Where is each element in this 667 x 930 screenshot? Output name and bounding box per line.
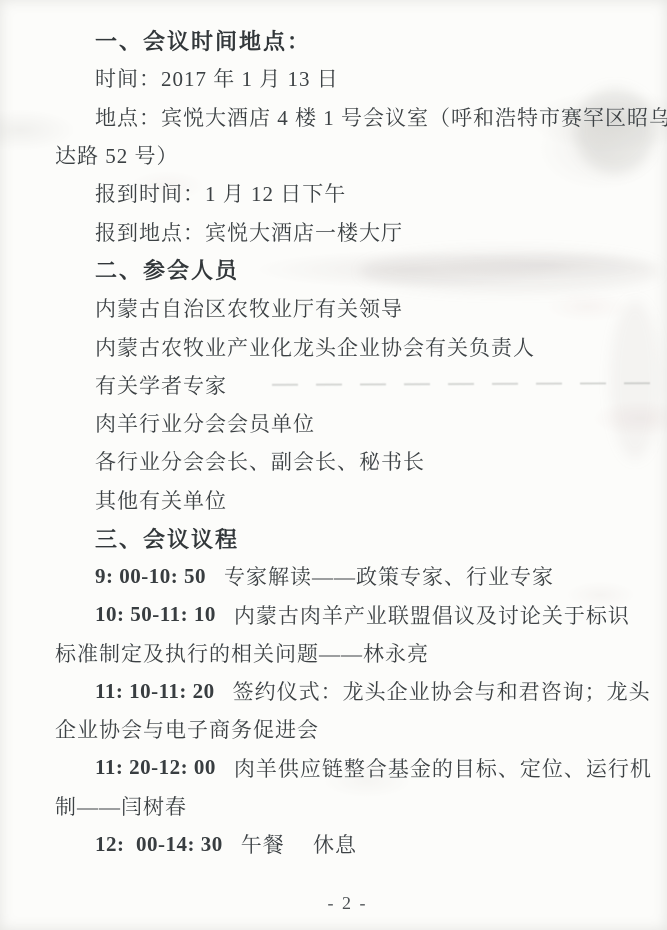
checkin-time-line: 报到时间：1 月 12 日下午	[55, 174, 657, 212]
agenda-text: 内蒙古肉羊产业联盟倡议及讨论关于标识	[234, 600, 630, 630]
attendee-line: 肉羊行业分会会员单位	[55, 404, 657, 442]
page-number: - 2 -	[0, 893, 667, 914]
section-1-heading: 一、会议时间地点：	[55, 21, 657, 59]
attendee-line: 内蒙古农牧业产业化龙头企业协会有关负责人	[55, 327, 657, 365]
section-2-heading: 二、参会人员	[55, 251, 657, 289]
agenda-text: 签约仪式：龙头企业协会与和君咨询；龙头	[233, 676, 651, 706]
attendee-line: 内蒙古自治区农牧业厅有关领导	[55, 289, 657, 327]
agenda-time: 12: 00-14: 30	[95, 832, 223, 857]
attendee-line: 各行业分会会长、副会长、秘书长	[55, 442, 657, 480]
document-body: 一、会议时间地点： 时间：2017 年 1 月 13 日 地点：宾悦大酒店 4 …	[55, 21, 657, 864]
agenda-time: 11: 20-12: 00	[95, 755, 216, 780]
section-3-heading: 三、会议议程	[55, 519, 657, 557]
agenda-item-continuation: 标准制定及执行的相关问题——林永亮	[55, 634, 657, 672]
agenda-text: 肉羊供应链整合基金的目标、定位、运行机	[234, 753, 652, 783]
agenda-text: 专家解读——政策专家、行业专家	[224, 561, 554, 591]
meeting-location-line: 地点：宾悦大酒店 4 楼 1 号会议室（呼和浩特市赛罕区昭乌	[55, 98, 657, 136]
agenda-text: 午餐 休息	[241, 829, 357, 859]
agenda-item-continuation: 制——闫树春	[55, 787, 657, 825]
meeting-location-continuation: 达路 52 号）	[55, 136, 657, 174]
attendee-line: 其他有关单位	[55, 481, 657, 519]
attendee-line: 有关学者专家	[55, 366, 657, 404]
meeting-time-line: 时间：2017 年 1 月 13 日	[55, 59, 657, 97]
agenda-item-continuation: 企业协会与电子商务促进会	[55, 710, 657, 748]
checkin-place-line: 报到地点：宾悦大酒店一楼大厅	[55, 212, 657, 250]
agenda-item: 12: 00-14: 30 午餐 休息	[55, 825, 657, 863]
agenda-item: 9: 00-10: 50 专家解读——政策专家、行业专家	[55, 557, 657, 595]
agenda-item: 11: 20-12: 00 肉羊供应链整合基金的目标、定位、运行机	[55, 749, 657, 787]
agenda-item: 11: 10-11: 20 签约仪式：龙头企业协会与和君咨询；龙头	[55, 672, 657, 710]
scanned-document-page: 一、会议时间地点： 时间：2017 年 1 月 13 日 地点：宾悦大酒店 4 …	[0, 0, 667, 930]
agenda-time: 10: 50-11: 10	[95, 602, 216, 627]
agenda-time: 9: 00-10: 50	[95, 564, 206, 589]
agenda-item: 10: 50-11: 10 内蒙古肉羊产业联盟倡议及讨论关于标识	[55, 595, 657, 633]
agenda-time: 11: 10-11: 20	[95, 679, 215, 704]
